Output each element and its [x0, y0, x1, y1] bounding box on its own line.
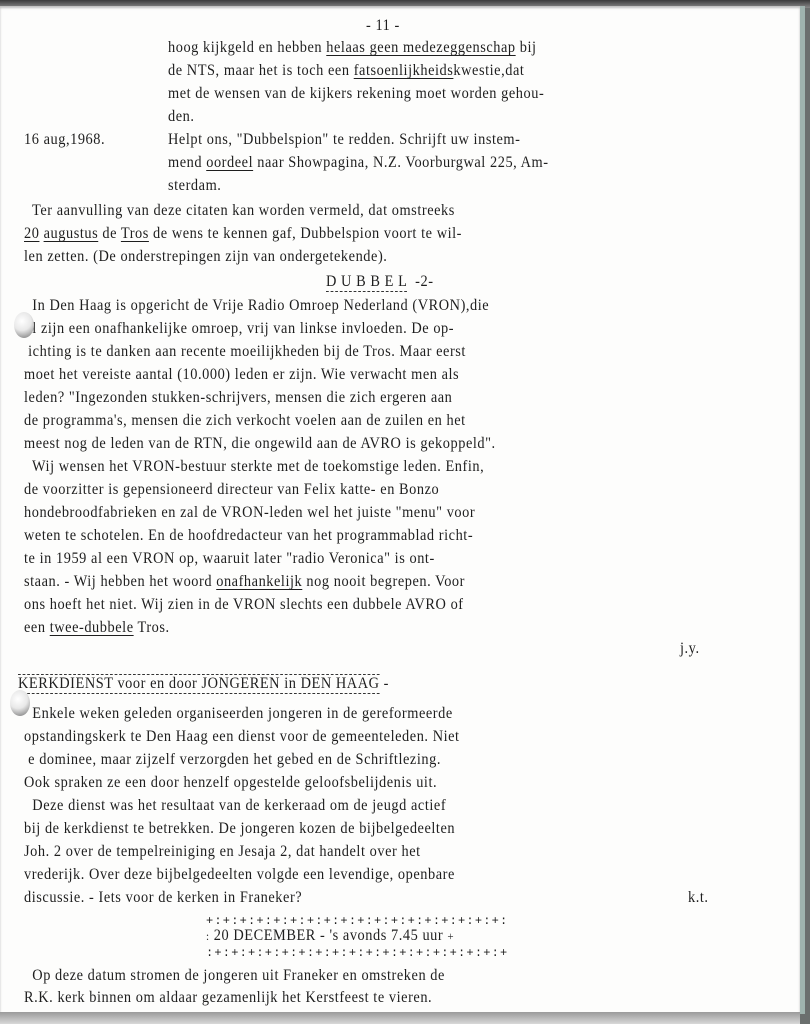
punch-hole: [14, 312, 34, 338]
text-line: hondebroodfabrieken en zal de VRON-leden…: [24, 503, 475, 523]
box-border-bottom: :+:+:+:+:+:+:+:+:+:+:+:+:+:+:+:+:+:+: [206, 946, 508, 960]
date-label: 16 aug,1968.: [24, 130, 105, 150]
text-line: l zijn een onafhankelijke omroep, vrij v…: [24, 319, 454, 339]
article-heading-dubbel: D U B B E L -2-: [326, 272, 434, 292]
announcement-text: : 20 DECEMBER - 's avonds 7.45 uur +: [206, 926, 454, 946]
text-line: de NTS, maar het is toch een fatsoenlijk…: [168, 61, 524, 81]
text-line: staan. - Wij hebben het woord onafhankel…: [24, 572, 465, 592]
text-line: ons hoeft het niet. Wij zien in de VRON …: [24, 595, 464, 615]
scan-bottom-edge: [0, 1012, 800, 1024]
text-line: de voorzitter is gepensioneerd directeur…: [24, 480, 439, 500]
text-line: discussie. - Iets voor de kerken in Fran…: [24, 888, 302, 908]
text-line: hoog kijkgeld en hebben helaas geen mede…: [168, 38, 537, 58]
text-line: bij de kerkdienst te betrekken. De jonge…: [24, 819, 455, 839]
signature-jy: j.y.: [680, 639, 700, 659]
article-heading-kerkdienst: KERKDIENST voor en door JONGEREN in DEN …: [18, 674, 389, 694]
text-line: len zetten. (De onderstrepingen zijn van…: [24, 247, 387, 267]
text-line: In Den Haag is opgericht de Vrije Radio …: [24, 296, 489, 316]
page-number: - 11 -: [366, 16, 400, 36]
text-line: ichting is te danken aan recente moeilij…: [24, 342, 466, 362]
text-line: den.: [168, 107, 195, 127]
text-line: leden? "Ingezonden stukken-schrijvers, m…: [24, 388, 452, 408]
text-line: Helpt ons, "Dubbelspion" te redden. Schr…: [168, 130, 520, 150]
text-line: meest nog de leden van de RTN, die ongew…: [24, 434, 496, 454]
text-line: Ook spraken ze een door henzelf opgestel…: [24, 773, 437, 793]
text-line: de programma's, mensen die zich verkocht…: [24, 411, 466, 431]
document-page: - 11 - hoog kijkgeld en hebben helaas ge…: [0, 6, 805, 1014]
text-line: Ter aanvulling van deze citaten kan word…: [24, 201, 455, 221]
text-line: Op deze datum stromen de jongeren uit Fr…: [24, 966, 445, 986]
text-line: met de wensen van de kijkers rekening mo…: [168, 84, 544, 104]
text-line: moet het vereiste aantal (10.000) leden …: [24, 365, 459, 385]
text-line: weten te schotelen. En de hoofdredacteur…: [24, 526, 473, 546]
text-line: R.K. kerk binnen om aldaar gezamenlijk h…: [24, 988, 432, 1008]
text-line: sterdam.: [168, 176, 221, 196]
signature-kt: k.t.: [688, 888, 709, 908]
text-line: mend oordeel naar Showpagina, N.Z. Voorb…: [168, 153, 549, 173]
text-line: een twee-dubbele Tros.: [24, 618, 170, 638]
text-line: 20 augustus de Tros de wens te kennen ga…: [24, 224, 462, 244]
text-line: Wij wensen het VRON-bestuur sterkte met …: [24, 457, 484, 477]
text-line: e dominee, maar zijzelf verzorgden het g…: [24, 750, 441, 770]
text-line: Joh. 2 over de tempelreiniging en Jesaja…: [24, 842, 421, 862]
text-line: vrederijk. Over deze bijbelgedeelten vol…: [24, 865, 455, 885]
text-line: Deze dienst was het resultaat van de ker…: [24, 796, 446, 816]
punch-hole: [10, 690, 30, 716]
text-line: te in 1959 al een VRON op, waaruit later…: [24, 549, 435, 569]
text-line: Enkele weken geleden organiseerden jonge…: [24, 704, 453, 724]
text-line: opstandingskerk te Den Haag een dienst v…: [24, 727, 460, 747]
